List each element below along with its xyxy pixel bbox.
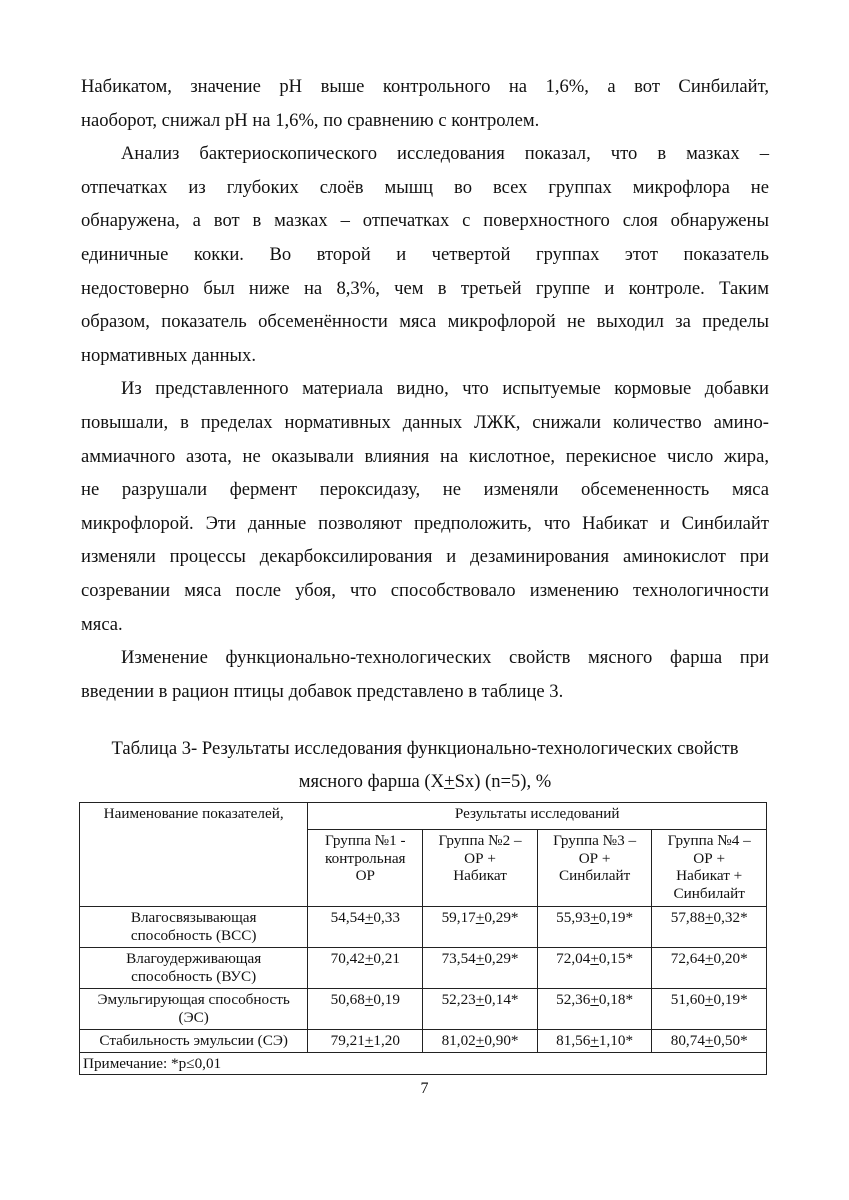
row-label-line: Эмульгирующая способность — [83, 991, 304, 1009]
significance-marker: * — [511, 950, 519, 967]
value-cell: 81,02+0,90* — [423, 1030, 538, 1053]
plus-minus-symbol: + — [444, 771, 455, 792]
group-header-line: ОР + — [655, 850, 763, 868]
value-cell: 57,88+0,32* — [652, 907, 767, 948]
text-line: созревании мяса после убоя, что способст… — [81, 574, 769, 608]
error-value: 0,90 — [484, 1032, 511, 1049]
value-cell: 54,54+0,33 — [308, 907, 423, 948]
mean-value: 55,93 — [556, 909, 590, 926]
header-results: Результаты исследований — [308, 803, 767, 830]
significance-marker: * — [740, 909, 748, 926]
text-line: Набикатом, значение pH выше контрольного… — [81, 70, 769, 104]
paragraph: Изменение функционально-технологических … — [81, 641, 769, 708]
text-line: Из представленного материала видно, что … — [81, 372, 769, 406]
value-cell: 52,36+0,18* — [537, 989, 652, 1030]
value-cell: 59,17+0,29* — [423, 907, 538, 948]
mean-value: 79,21 — [331, 1032, 365, 1049]
text-line: не разрушали фермент пероксидазу, не изм… — [81, 473, 769, 507]
group-header-line: Группа №3 – — [541, 832, 649, 850]
text-line: Анализ бактериоскопического исследования… — [81, 137, 769, 171]
row-label: Эмульгирующая способность(ЭС) — [80, 989, 308, 1030]
group-header-line: Группа №4 – — [655, 832, 763, 850]
value-cell: 55,93+0,19* — [537, 907, 652, 948]
significance-marker: * — [625, 1032, 633, 1049]
error-value: 0,21 — [373, 950, 400, 967]
paragraph: Анализ бактериоскопического исследования… — [81, 137, 769, 372]
error-value: 1,10 — [599, 1032, 626, 1049]
table-row: Эмульгирующая способность(ЭС)50,68+0,195… — [80, 989, 767, 1030]
table-note-row: Примечание: *p≤0,01 — [80, 1052, 767, 1075]
table-note: Примечание: *p≤0,01 — [80, 1052, 767, 1075]
group-header-line: Группа №2 – — [426, 832, 534, 850]
group-header-line: ОР — [311, 867, 419, 885]
significance-marker: * — [740, 991, 748, 1008]
significance-marker: * — [740, 1032, 748, 1049]
paragraph: Набикатом, значение pH выше контрольного… — [81, 70, 769, 137]
group-header-line: Группа №1 - — [311, 832, 419, 850]
text-line: обнаружена, а вот в мазках – отпечатках … — [81, 204, 769, 238]
group-header-line: Набикат + — [655, 867, 763, 885]
page-number: 7 — [0, 1080, 849, 1098]
body-text: Набикатом, значение pH выше контрольного… — [81, 70, 769, 708]
row-label-line: Влагосвязывающая — [83, 909, 304, 927]
error-value: 0,32 — [713, 909, 740, 926]
significance-marker: * — [740, 950, 748, 967]
error-value: 0,19 — [713, 991, 740, 1008]
plus-minus-symbol: + — [590, 909, 599, 926]
significance-marker: * — [511, 909, 519, 926]
significance-marker: * — [625, 950, 633, 967]
error-value: 0,29 — [484, 909, 511, 926]
mean-value: 57,88 — [671, 909, 705, 926]
group-header-line: Синбилайт — [541, 867, 649, 885]
value-cell: 72,04+0,15* — [537, 948, 652, 989]
error-value: 0,19 — [599, 909, 626, 926]
group-header-4: Группа №4 –ОР +Набикат +Синбилайт — [652, 830, 767, 907]
error-value: 0,20 — [713, 950, 740, 967]
mean-value: 52,23 — [442, 991, 476, 1008]
plus-minus-symbol: + — [590, 1032, 599, 1049]
group-header-3: Группа №3 –ОР +Синбилайт — [537, 830, 652, 907]
row-label-line: способность (ВУС) — [83, 968, 304, 986]
row-label: Влагосвязывающаяспособность (ВСС) — [80, 907, 308, 948]
error-value: 0,15 — [599, 950, 626, 967]
plus-minus-symbol: + — [590, 991, 599, 1008]
group-header-line: Синбилайт — [655, 885, 763, 903]
mean-value: 50,68 — [331, 991, 365, 1008]
table-caption-line2: мясного фарша (X+Sx) (n=5), % — [60, 765, 790, 798]
significance-marker: * — [511, 1032, 519, 1049]
significance-marker: * — [625, 991, 633, 1008]
value-cell: 73,54+0,29* — [423, 948, 538, 989]
value-cell: 72,64+0,20* — [652, 948, 767, 989]
mean-value: 81,56 — [556, 1032, 590, 1049]
error-value: 0,33 — [373, 909, 400, 926]
group-header-1: Группа №1 -контрольнаяОР — [308, 830, 423, 907]
value-cell: 80,74+0,50* — [652, 1030, 767, 1053]
mean-value: 59,17 — [442, 909, 476, 926]
error-value: 0,14 — [484, 991, 511, 1008]
document-page: Набикатом, значение pH выше контрольного… — [0, 0, 849, 1200]
group-header-line: ОР + — [426, 850, 534, 868]
group-header-line: контрольная — [311, 850, 419, 868]
row-label-line: Влагоудерживающая — [83, 950, 304, 968]
value-cell: 50,68+0,19 — [308, 989, 423, 1030]
table-caption-line1: Таблица 3- Результаты исследования функц… — [60, 732, 790, 765]
table-row: Влагоудерживающаяспособность (ВУС)70,42+… — [80, 948, 767, 989]
caption-suffix: Sx) (n=5), % — [455, 771, 552, 792]
table-row: Влагосвязывающаяспособность (ВСС)54,54+0… — [80, 907, 767, 948]
text-line: аммиачного азота, не оказывали влияния н… — [81, 440, 769, 474]
text-line: наоборот, снижал pH на 1,6%, по сравнени… — [81, 104, 769, 138]
row-label-line: Стабильность эмульсии (СЭ) — [83, 1032, 304, 1050]
paragraph: Из представленного материала видно, что … — [81, 372, 769, 641]
significance-marker: * — [511, 991, 519, 1008]
value-cell: 81,56+1,10* — [537, 1030, 652, 1053]
error-value: 0,19 — [373, 991, 400, 1008]
error-value: 1,20 — [373, 1032, 400, 1049]
mean-value: 72,64 — [671, 950, 705, 967]
group-header-line: ОР + — [541, 850, 649, 868]
header-indicator: Наименование показателей, — [80, 803, 308, 907]
text-line: образом, показатель обсеменённости мяса … — [81, 305, 769, 339]
text-line: Изменение функционально-технологических … — [81, 641, 769, 675]
mean-value: 54,54 — [331, 909, 365, 926]
text-line: повышали, в пределах нормативных данных … — [81, 406, 769, 440]
text-line: недостоверно был ниже на 8,3%, чем в тре… — [81, 272, 769, 306]
group-header-line: Набикат — [426, 867, 534, 885]
text-line: единичные кокки. Во второй и четвертой г… — [81, 238, 769, 272]
mean-value: 70,42 — [331, 950, 365, 967]
table-header-row: Наименование показателей, Результаты исс… — [80, 803, 767, 830]
plus-minus-symbol: + — [590, 950, 599, 967]
mean-value: 51,60 — [671, 991, 705, 1008]
text-line: отпечатках из глубоких слоёв мышц во все… — [81, 171, 769, 205]
row-label: Влагоудерживающаяспособность (ВУС) — [80, 948, 308, 989]
text-line: введении в рацион птицы добавок представ… — [81, 675, 769, 709]
results-table: Наименование показателей, Результаты исс… — [79, 802, 767, 1075]
mean-value: 80,74 — [671, 1032, 705, 1049]
value-cell: 79,21+1,20 — [308, 1030, 423, 1053]
mean-value: 52,36 — [556, 991, 590, 1008]
group-header-2: Группа №2 –ОР +Набикат — [423, 830, 538, 907]
error-value: 0,29 — [484, 950, 511, 967]
row-label: Стабильность эмульсии (СЭ) — [80, 1030, 308, 1053]
text-line: изменяли процессы декарбоксилирования и … — [81, 540, 769, 574]
text-line: нормативных данных. — [81, 339, 769, 373]
error-value: 0,50 — [713, 1032, 740, 1049]
row-label-line: (ЭС) — [83, 1009, 304, 1027]
caption-prefix: мясного фарша (X — [299, 771, 444, 792]
mean-value: 81,02 — [442, 1032, 476, 1049]
value-cell: 52,23+0,14* — [423, 989, 538, 1030]
value-cell: 70,42+0,21 — [308, 948, 423, 989]
value-cell: 51,60+0,19* — [652, 989, 767, 1030]
table-row: Стабильность эмульсии (СЭ)79,21+1,2081,0… — [80, 1030, 767, 1053]
table-caption: Таблица 3- Результаты исследования функц… — [60, 732, 790, 798]
significance-marker: * — [625, 909, 633, 926]
text-line: микрофлорой. Эти данные позволяют предпо… — [81, 507, 769, 541]
text-line: мяса. — [81, 608, 769, 642]
mean-value: 73,54 — [442, 950, 476, 967]
mean-value: 72,04 — [556, 950, 590, 967]
error-value: 0,18 — [599, 991, 626, 1008]
row-label-line: способность (ВСС) — [83, 927, 304, 945]
